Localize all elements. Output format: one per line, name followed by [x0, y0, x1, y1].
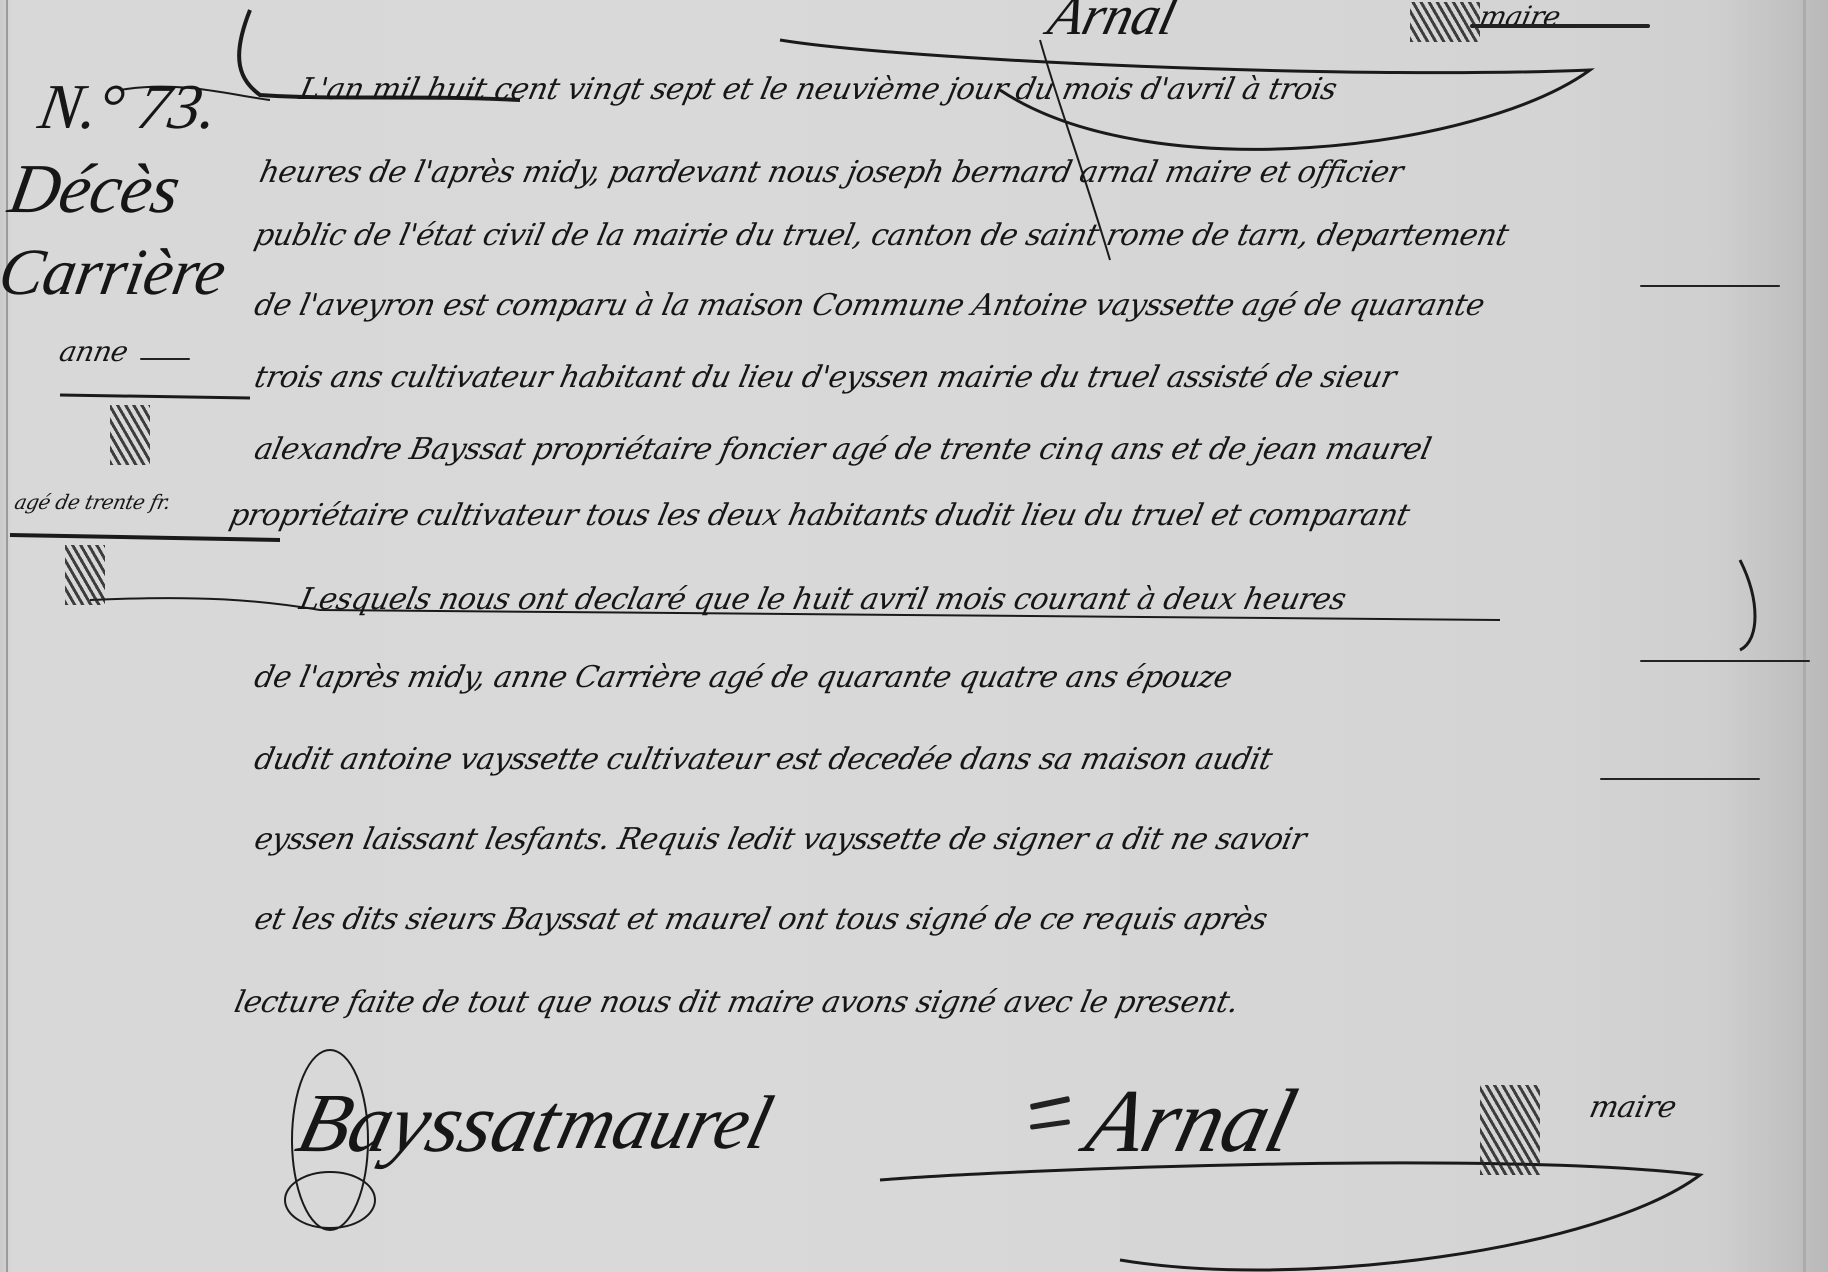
document-page: { "document": { "type": "Acte de décès (…	[0, 0, 1828, 1272]
signature-arnal: Arnal	[1077, 1070, 1305, 1173]
body-line-6: alexandre Bayssat propriétaire foncier a…	[251, 432, 1434, 467]
body-line-12: et les dits sieurs Bayssat et maurel ont…	[251, 902, 1270, 937]
deceased-surname: Carrière	[0, 235, 231, 311]
top-signature-paraph-icon	[1410, 2, 1480, 42]
top-signature-rule	[1470, 24, 1650, 28]
body-line-11: eyssen laissant lesfants. Requis ledit v…	[251, 822, 1309, 857]
signature-arnal-title: maire	[1586, 1090, 1679, 1125]
top-signature-title: maire	[1476, 0, 1563, 33]
body-line-2: heures de l'après midy, pardevant nous j…	[256, 155, 1406, 190]
margin-paraph-1-icon	[110, 405, 150, 465]
line-end-rule-2	[1640, 660, 1810, 662]
given-name-rule	[140, 358, 190, 360]
signature-arnal-paraph-icon	[1480, 1085, 1540, 1175]
signature-maurel: maurel	[549, 1080, 780, 1167]
record-type: Décès	[3, 150, 186, 230]
flourish-strokes-icon	[0, 0, 1828, 1272]
page-edge-right	[1803, 0, 1806, 1272]
body-line-4: de l'aveyron est comparu à la maison Com…	[251, 288, 1487, 323]
signature-bayssat: Bayssat	[288, 1075, 570, 1172]
margin-paraph-2-icon	[65, 545, 105, 605]
page-edge-left	[6, 0, 8, 1272]
body-line-5: trois ans cultivateur habitant du lieu d…	[251, 360, 1399, 395]
body-line-8: Lesquels nous ont declaré que le huit av…	[296, 582, 1349, 617]
line-end-rule-1	[1640, 285, 1780, 287]
body-line-9: de l'après midy, anne Carrière agé de qu…	[251, 660, 1235, 695]
record-number: N.° 73.	[33, 70, 223, 144]
margin-age-note: agé de trente fr.	[12, 490, 172, 514]
body-line-13: lecture faite de tout que nous dit maire…	[231, 985, 1241, 1020]
signature-dash-1	[1030, 1096, 1070, 1110]
body-line-3: public de l'état civil de la mairie du t…	[251, 218, 1511, 253]
top-signature-name: Arnal	[1042, 0, 1183, 48]
body-line-10: dudit antoine vayssette cultivateur est …	[251, 742, 1275, 777]
signature-dash-2	[1030, 1119, 1070, 1130]
body-line-7: propriétaire cultivateur tous les deux h…	[226, 498, 1412, 533]
deceased-given-name: anne	[56, 335, 130, 368]
line-end-rule-3	[1600, 778, 1760, 780]
body-line-1: L'an mil huit cent vingt sept et le neuv…	[296, 72, 1339, 107]
